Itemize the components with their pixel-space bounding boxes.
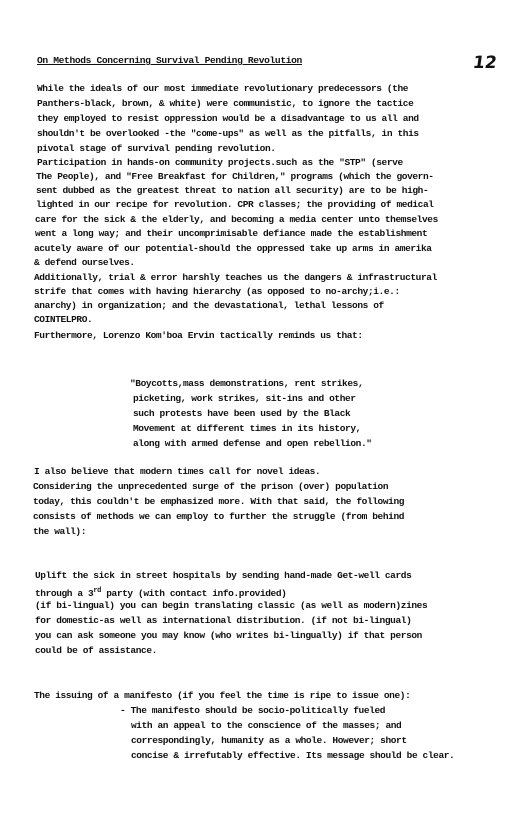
text-line: care for the sick & the elderly, and bec…	[35, 214, 438, 226]
text-line: I also believe that modern times call fo…	[34, 466, 320, 478]
text-line: went a long way; and their uncomprimisab…	[35, 228, 427, 240]
text-line: such protests have been used by the Blac…	[133, 408, 350, 420]
text-line: "Boycotts,mass demonstrations, rent stri…	[130, 378, 363, 390]
page-number: 12	[472, 53, 498, 73]
text-line: concise & irrefutably effective. Its mes…	[131, 750, 454, 762]
text-line: Movement at different times in its histo…	[133, 423, 361, 435]
text-line: with an appeal to the conscience of the …	[131, 720, 401, 732]
text-line: the wall):	[33, 526, 86, 538]
text-line: Participation in hands-on community proj…	[37, 157, 403, 169]
text-line: The People), and "Free Breakfast for Chi…	[36, 171, 434, 183]
text-line: strife that comes with having hierarchy …	[34, 286, 400, 298]
text-line: consists of methods we can employ to fur…	[33, 511, 404, 523]
text-line: Furthermore, Lorenzo Kom'boa Ervin tacti…	[34, 330, 363, 342]
text-line: you can ask someone you may know (who wr…	[35, 630, 422, 642]
text-line: - The manifesto should be socio-politica…	[120, 705, 385, 717]
text-line: COINTELPRO.	[34, 314, 92, 326]
text-line: shouldn't be overlooked -the "come-ups" …	[37, 128, 419, 140]
text-line: Panthers-black, brown, & white) were com…	[37, 98, 413, 110]
text-line: along with armed defense and open rebell…	[133, 438, 372, 450]
text-line: (if bi-lingual) you can begin translatin…	[35, 600, 427, 612]
text-line: sent dubbed as the greatest threat to na…	[36, 185, 428, 197]
text-line: anarchy) in organization; and the devast…	[34, 300, 384, 312]
text-line: While the ideals of our most immediate r…	[37, 83, 408, 95]
text-line: Additionally, trial & error harshly teac…	[34, 272, 437, 284]
text-line: Considering the unprecedented surge of t…	[33, 481, 388, 493]
text-line: lighted in our recipe for revolution. CP…	[36, 199, 434, 211]
text-line: The issuing of a manifesto (if you feel …	[34, 690, 410, 702]
text-line: picketing, work strikes, sit-ins and oth…	[133, 393, 356, 405]
text-line: for domestic-as well as international di…	[35, 615, 411, 627]
text-line: could be of assistance.	[35, 645, 157, 657]
document-page: On Methods Concerning Survival Pending R…	[0, 0, 525, 813]
text-line: they employed to resist oppression would…	[37, 113, 419, 125]
text-line: & defend ourselves.	[34, 257, 135, 269]
text-line: acutely aware of our potential-should th…	[34, 243, 432, 255]
text-line: pivotal stage of survival pending revolu…	[37, 143, 276, 155]
text-line: correspondingly, humanity as a whole. Ho…	[131, 735, 407, 747]
text-line: through a 3rd party (with contact info.p…	[35, 585, 286, 600]
document-title: On Methods Concerning Survival Pending R…	[37, 55, 302, 66]
text-line: Uplift the sick in street hospitals by s…	[35, 570, 411, 582]
text-line: today, this couldn't be emphasized more.…	[33, 496, 404, 508]
